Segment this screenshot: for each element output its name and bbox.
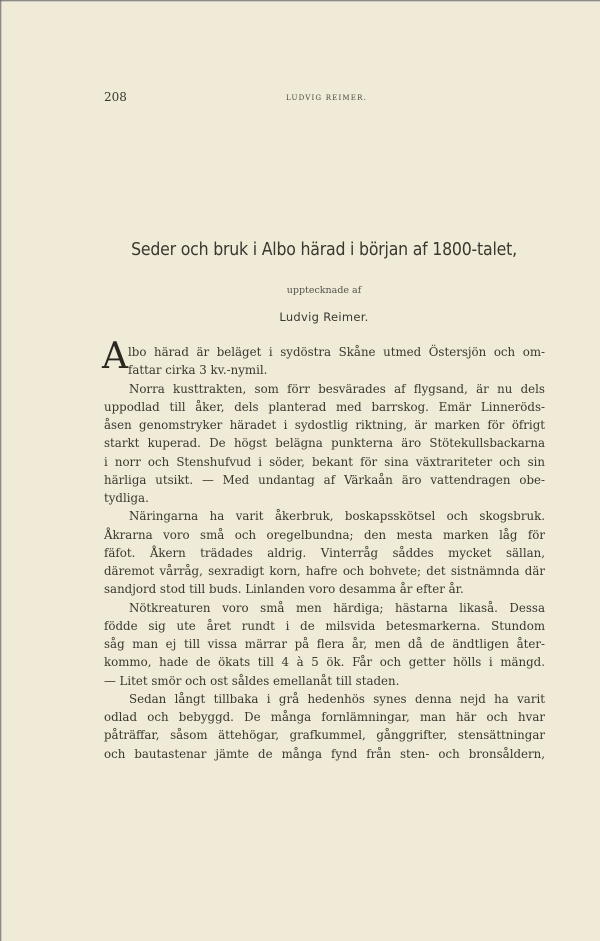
text-line: sandjord stod till buds. Linlanden voro … bbox=[104, 580, 545, 598]
running-title: LUDVIG REIMER. bbox=[286, 94, 367, 102]
text-line: tydliga. bbox=[104, 489, 545, 507]
text-line: fattar cirka 3 kv.-nymil. bbox=[104, 361, 545, 379]
article-title: Seder och bruk i Albo härad i början af … bbox=[100, 240, 548, 260]
text-line: lbo härad är beläget i sydöstra Skåne ut… bbox=[104, 343, 545, 361]
text-line: kommo, hade de ökats till 4 à 5 ök. Får … bbox=[104, 653, 545, 671]
text-line: fäfot. Åkern trädades aldrig. Vinterråg … bbox=[104, 544, 545, 562]
text-line: Nötkreaturen voro små men härdiga; hästa… bbox=[104, 599, 545, 617]
text-line: påträffar, såsom ättehögar, grafkummel, … bbox=[104, 726, 545, 744]
text-line: och bautastenar jämte de många fynd från… bbox=[104, 745, 545, 763]
page-edge-left bbox=[0, 0, 2, 941]
text-line: Åkrarna voro små och oregelbundna; den m… bbox=[104, 526, 545, 544]
text-line: Näringarna ha varit åkerbruk, boskapsskö… bbox=[104, 507, 545, 525]
text-line: Sedan långt tillbaka i grå hedenhös syne… bbox=[104, 690, 545, 708]
page-edge-top bbox=[0, 0, 600, 2]
text-line: i norr och Stenshufvud i söder, bekant f… bbox=[104, 453, 545, 471]
text-line: däremot vårråg, sexradigt korn, hafre oc… bbox=[104, 562, 545, 580]
text-line: — Litet smör och ost såldes emellanåt ti… bbox=[104, 672, 545, 690]
page-number: 208 bbox=[104, 90, 127, 104]
text-line: Norra kusttrakten, som förr besvärades a… bbox=[104, 380, 545, 398]
text-line: härliga utsikt. — Med undantag af Värkaå… bbox=[104, 471, 545, 489]
text-line: odlad och bebyggd. De många fornlämninga… bbox=[104, 708, 545, 726]
text-line: födde sig ute året rundt i de milsvida b… bbox=[104, 617, 545, 635]
text-line: såg man ej till vissa märrar på flera år… bbox=[104, 635, 545, 653]
text-line: åsen genomstryker häradet i sydostlig ri… bbox=[104, 416, 545, 434]
article-author: Ludvig Reimer. bbox=[100, 310, 548, 324]
running-head: 208 LUDVIG REIMER. bbox=[104, 90, 544, 106]
article-subtitle: upptecknade af bbox=[100, 285, 548, 296]
drop-cap: A bbox=[102, 339, 128, 375]
text-line: starkt kuperad. De högst belägna punkter… bbox=[104, 434, 545, 452]
body-text: A lbo härad är beläget i sydöstra Skåne … bbox=[104, 343, 545, 763]
text-line: uppodlad till åker, dels planterad med b… bbox=[104, 398, 545, 416]
